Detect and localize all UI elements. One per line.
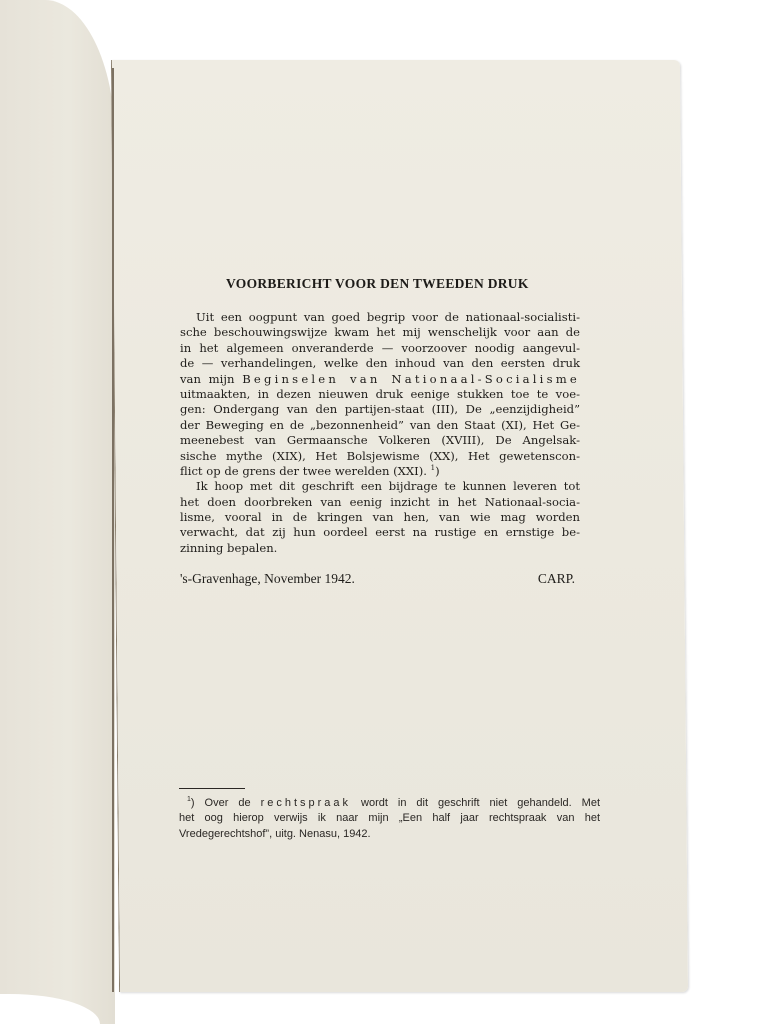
text-line: sche beschouwingswijze kwam het mij wens…	[180, 325, 580, 340]
footnote-line-1: 1) Over de rechtspraak wordt in dit gesc…	[179, 796, 600, 811]
text-line: zinning bepalen.	[180, 541, 580, 556]
footnote-emphasis: rechtspraak	[261, 797, 351, 809]
page-title: VOORBERICHT VOOR DEN TWEEDEN DRUK	[226, 276, 566, 292]
text-line: van mijn Beginselen van Nationaal-Social…	[180, 372, 580, 387]
text-line: de — verhandelingen, welke den inhoud va…	[180, 356, 580, 371]
text-line: het doen doorbreken van eenig inzicht in…	[180, 495, 580, 510]
text-line: Uit een oogpunt van goed begrip voor de …	[180, 310, 580, 325]
place-date: 's-Gravenhage, November 1942.	[180, 571, 355, 587]
signature: CARP.	[538, 571, 575, 587]
footnote: 1) Over de rechtspraak wordt in dit gesc…	[179, 796, 600, 842]
text-line: flict op de grens der twee werelden (XXI…	[180, 464, 580, 479]
text-line: in het algemeen onveranderde — voorzoove…	[180, 341, 580, 356]
footnote-line-3: Vredegerechtshof”, uitg. Nenasu, 1942.	[179, 827, 600, 842]
footnote-reference: 1	[431, 464, 435, 472]
text-line: verwacht, dat zij hun oordeel eerst na r…	[180, 525, 580, 540]
book-spine	[112, 68, 114, 992]
text-line: lisme, vooral in de kringen van hen, van…	[180, 510, 580, 525]
paragraph-2: Ik hoop met dit geschrift een bijdrage t…	[180, 479, 580, 556]
left-page	[0, 0, 115, 1024]
footnote-rule	[179, 788, 245, 789]
body-text: Uit een oogpunt van goed begrip voor de …	[180, 310, 580, 556]
text-line: sische mythe (XIX), Het Bolsjewisme (XX)…	[180, 449, 580, 464]
signature-row: 's-Gravenhage, November 1942. CARP.	[180, 571, 575, 587]
paragraph-1: Uit een oogpunt van goed begrip voor de …	[180, 310, 580, 479]
book-title-emphasis: Beginselen van Nationaal-Socialisme	[242, 372, 580, 386]
text-line: der Beweging en de „bezonnenheid” van de…	[180, 418, 580, 433]
text-line: uitmaakten, in dezen nieuwen druk eenige…	[180, 387, 580, 402]
text-line: gen: Ondergang van den partijen-staat (I…	[180, 402, 580, 417]
text-line: Ik hoop met dit geschrift een bijdrage t…	[180, 479, 580, 494]
text-line: meenebest van Germaansche Volkeren (XVII…	[180, 433, 580, 448]
footnote-line-2: het oog hierop verwijs ik naar mijn „Een…	[179, 811, 600, 826]
